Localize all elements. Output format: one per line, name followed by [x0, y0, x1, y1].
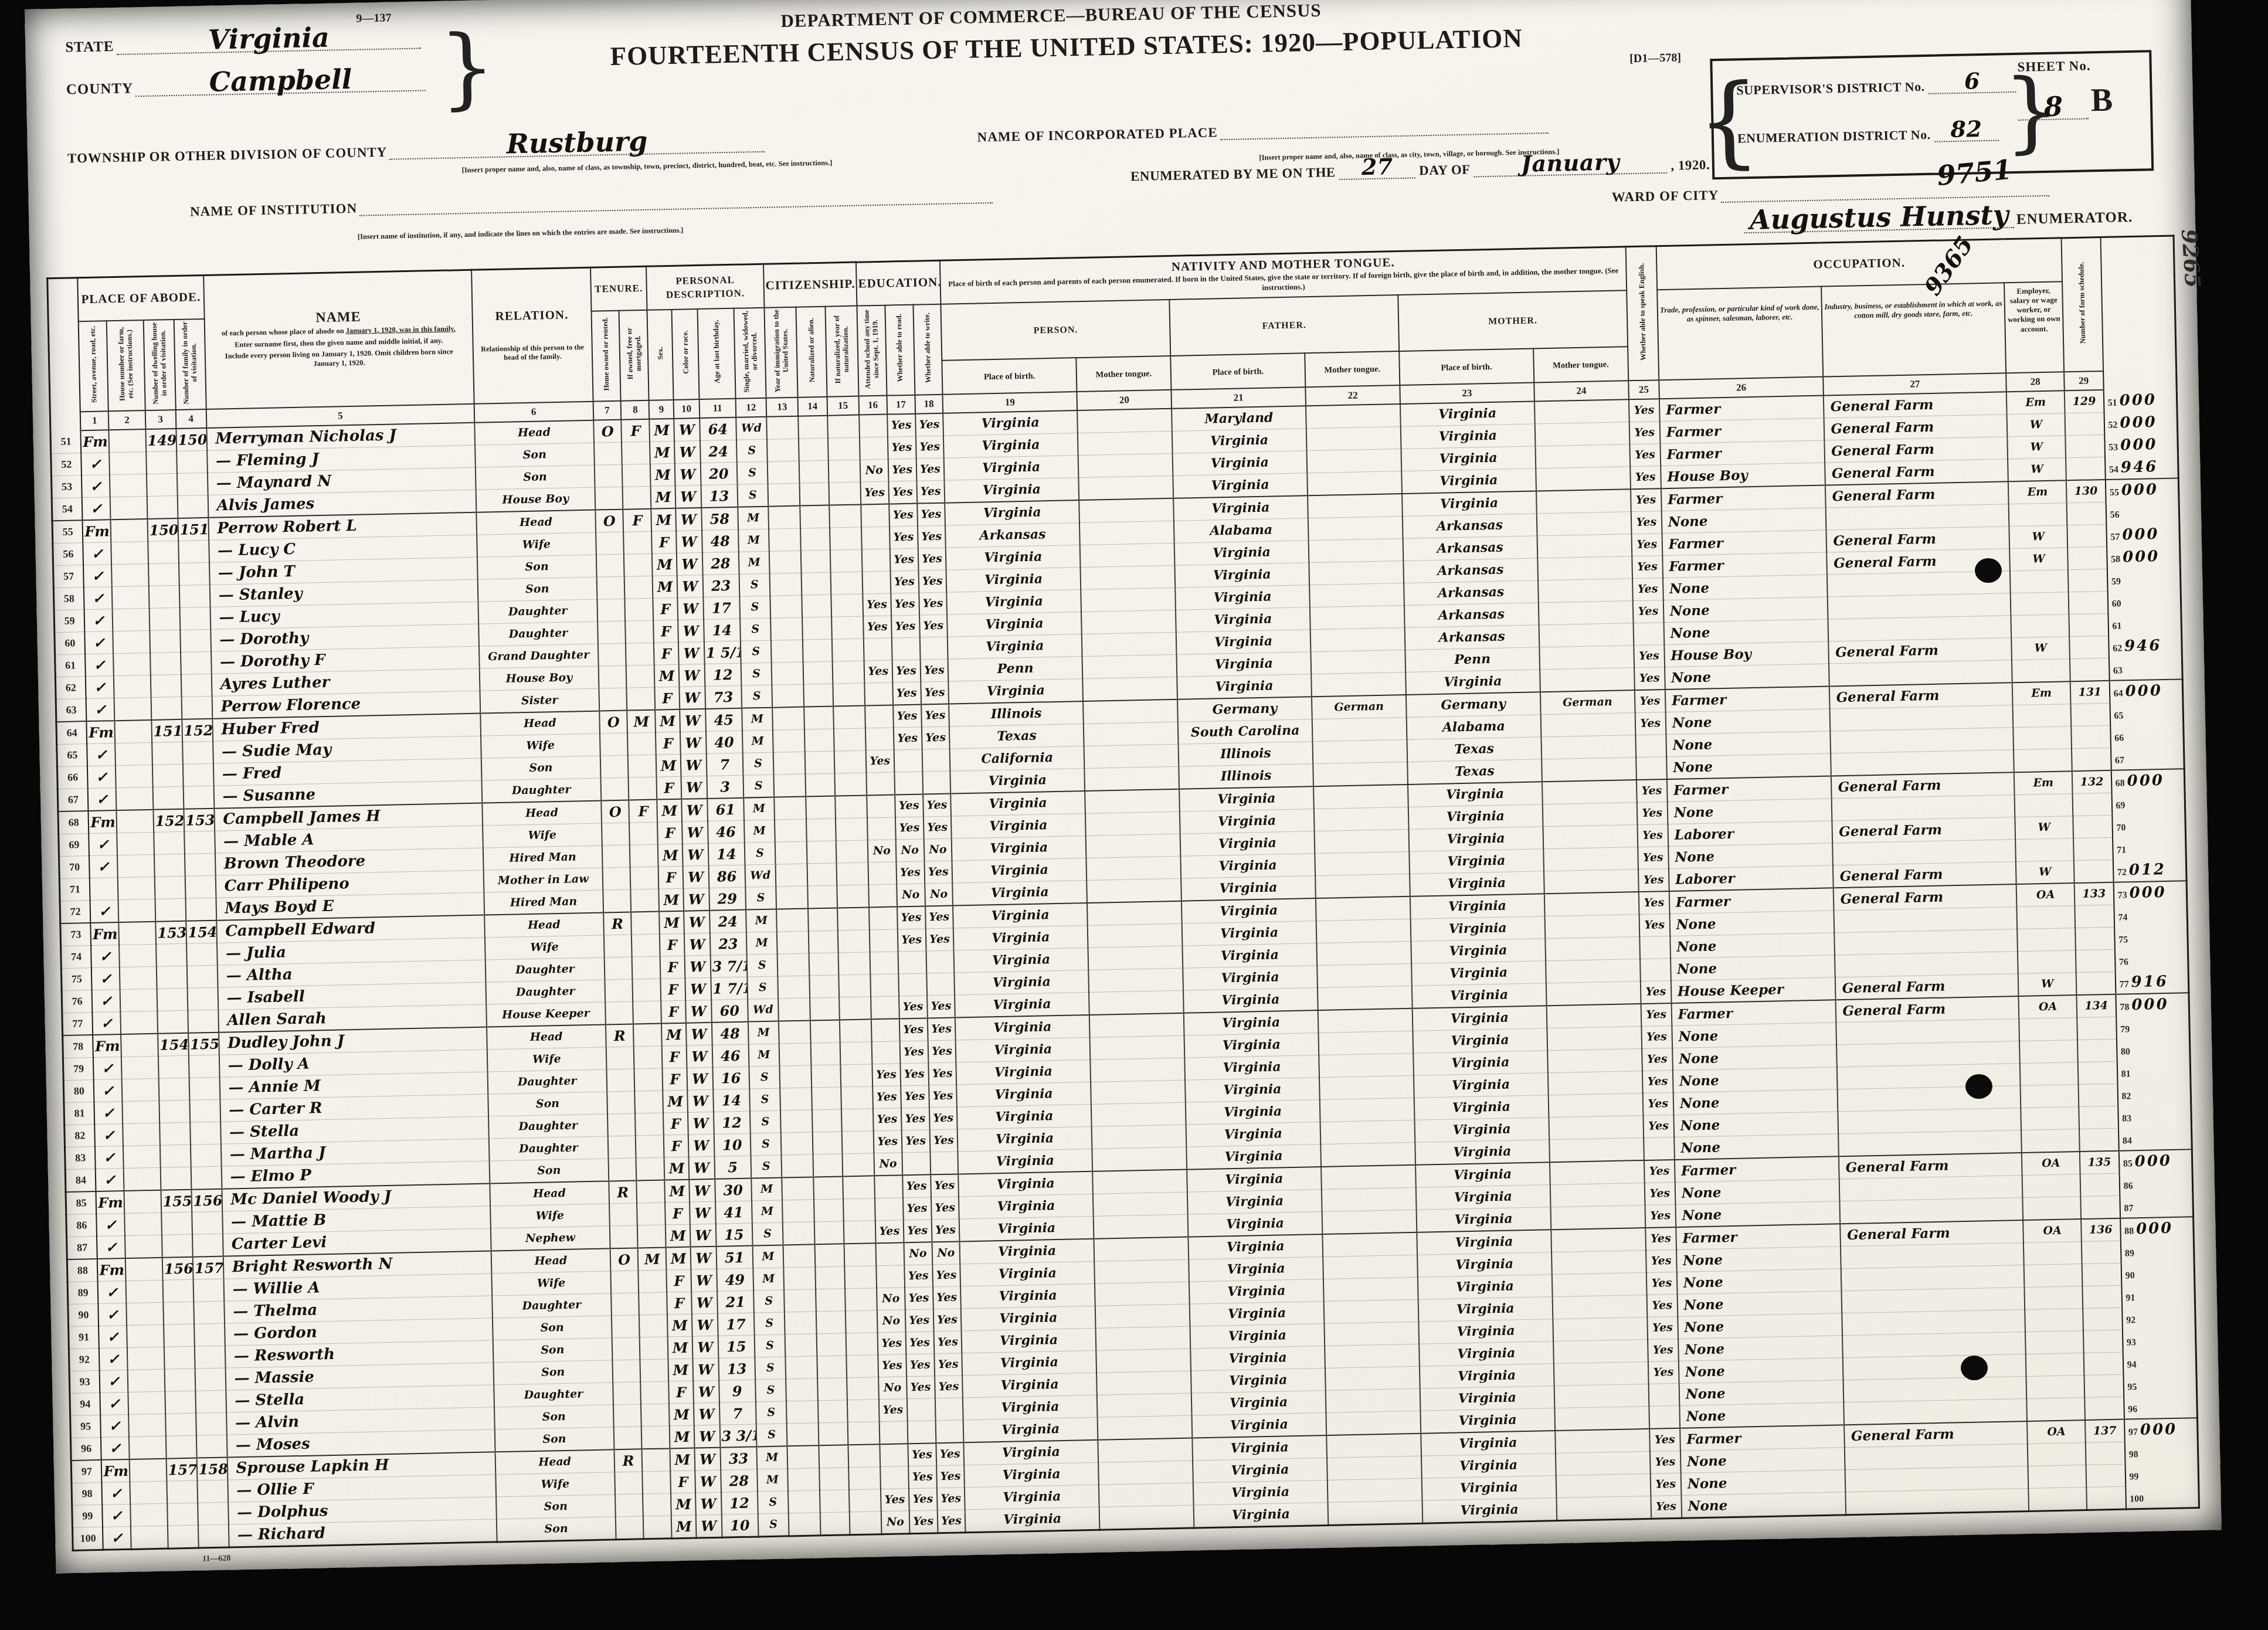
- cell-family_number: 158: [196, 1457, 228, 1480]
- cell-father_mother_tongue: [1327, 1478, 1422, 1502]
- cell-attended_school: [864, 638, 892, 661]
- cell-year_of_naturalization: [836, 817, 868, 840]
- cell-color: W: [674, 440, 700, 463]
- cell-father_birthplace: Virginia: [1190, 1323, 1325, 1349]
- cell-line: 55: [52, 520, 83, 544]
- cell-able_to_read: Yes: [899, 995, 928, 1018]
- cell-home_owned_or_rented: O: [610, 1248, 639, 1271]
- district-box: { SUPERVISOR'S DISTRICT No. 6 ENUMERATIO…: [1710, 50, 2154, 179]
- cell-line: 88: [67, 1258, 98, 1282]
- cell-father_mother_tongue: [1318, 1031, 1413, 1055]
- cell-marital_status: S: [745, 887, 776, 910]
- cell-speaks_english: Yes: [1637, 779, 1668, 803]
- cell-mother_birthplace: Alabama: [1407, 714, 1541, 739]
- cell-line: 59: [54, 609, 85, 632]
- cell-father_birthplace: Virginia: [1173, 450, 1307, 476]
- cell-relation: Son: [490, 1158, 609, 1183]
- cell-year_of_naturalization: [840, 1019, 872, 1042]
- cell-year_of_naturalization: [836, 840, 868, 862]
- cell-attended_school: [875, 1242, 904, 1265]
- cell-color: W: [683, 888, 709, 911]
- cell-trade: None: [1677, 1291, 1842, 1316]
- cell-person_mother_tongue: [1096, 1326, 1191, 1350]
- cell-able_to_write: Yes: [933, 1330, 962, 1353]
- punch-hole: [1961, 1356, 1988, 1380]
- cell-employment_class: OA: [2022, 1152, 2080, 1175]
- cell-trade: None: [1675, 1179, 1839, 1204]
- cell-year_of_naturalization: [830, 549, 863, 572]
- cell-naturalized_or_alien: [802, 617, 832, 640]
- cell-able_to_write: Yes: [923, 816, 952, 839]
- cell-employment_class: W: [2009, 547, 2068, 570]
- cell-relation: Head: [495, 1449, 614, 1475]
- cell-age: 60: [711, 999, 748, 1023]
- cell-able_to_write: Yes: [916, 480, 945, 503]
- cell-farm_schedule: [2073, 837, 2113, 860]
- cell-father_mother_tongue: [1320, 1098, 1415, 1122]
- cell-home_owned_or_rented: [610, 1225, 639, 1248]
- cell-naturalized_or_alien: [810, 1020, 840, 1042]
- cell-relation: Son: [493, 1360, 612, 1384]
- cell-color: W: [687, 1045, 712, 1068]
- cell-street: ✓: [94, 1079, 123, 1102]
- cell-margin_note: 74: [2114, 903, 2188, 927]
- cell-mother_birthplace: Virginia: [1417, 1252, 1551, 1277]
- cell-speaks_english: Yes: [1629, 421, 1660, 444]
- cell-house_number: [131, 1526, 168, 1549]
- cell-father_mother_tongue: [1315, 874, 1410, 898]
- cell-margin_note: 78000: [2116, 993, 2189, 1017]
- cell-home_owned_or_rented: [606, 1068, 635, 1091]
- margin-annotation: [2137, 1265, 2137, 1282]
- cell-attended_school: [880, 1466, 909, 1489]
- margin-annotation: 000: [2120, 413, 2157, 432]
- cell-father_mother_tongue: [1323, 1255, 1418, 1279]
- cell-trade: Farmer: [1662, 552, 1827, 578]
- cell-year_of_immigration: [773, 752, 806, 775]
- cell-year_of_immigration: [776, 908, 809, 932]
- cell-farm_schedule: [2080, 1196, 2120, 1219]
- margin-annotation: [2135, 1197, 2136, 1215]
- cell-year_of_immigration: [767, 439, 799, 461]
- cell-farm_schedule: [2071, 703, 2110, 726]
- cell-person_birthplace: Virginia: [948, 634, 1082, 659]
- cell-marital_status: S: [755, 1334, 786, 1357]
- cell-father_birthplace: Virginia: [1174, 540, 1309, 565]
- cell-owned_free_or_mortgaged: [639, 1292, 668, 1315]
- cell-owned_free_or_mortgaged: [642, 1448, 671, 1471]
- margin-line-number: 54: [2109, 464, 2118, 474]
- cell-relation: Daughter: [487, 1069, 606, 1094]
- cell-color: W: [680, 708, 705, 731]
- cell-house_number: [120, 989, 157, 1011]
- cell-street: ✓: [99, 1347, 128, 1370]
- column-attended-school: Attended school any time since Sept. 1, …: [857, 305, 887, 396]
- cell-father_birthplace: Virginia: [1194, 1502, 1328, 1528]
- cell-family_number: [196, 1412, 227, 1435]
- margin-line-number: 52: [2108, 420, 2117, 430]
- cell-street: Fm: [96, 1190, 125, 1213]
- sheet-area: SHEET No. 8 B: [2017, 57, 2144, 120]
- cell-margin_note: 92: [2122, 1306, 2196, 1330]
- cell-mother_mother_tongue: [1551, 1250, 1646, 1274]
- cell-owned_free_or_mortgaged: [630, 822, 658, 845]
- cell-family_number: [198, 1524, 229, 1548]
- cell-street: ✓: [85, 631, 114, 654]
- cell-farm_schedule: [2083, 1308, 2122, 1330]
- cell-family_number: [181, 651, 212, 674]
- cell-trade: None: [1671, 955, 1835, 980]
- cell-marital_status: S: [743, 752, 774, 775]
- column-number: 13: [766, 397, 798, 416]
- cell-farm_schedule: [2077, 1017, 2116, 1040]
- cell-marital_status: S: [756, 1423, 787, 1446]
- cell-attended_school: Yes: [863, 593, 891, 616]
- cell-house_number: [130, 1481, 167, 1504]
- cell-able_to_write: Yes: [932, 1264, 961, 1286]
- cell-age: 12: [714, 1111, 751, 1134]
- cell-industry: General Farm: [1824, 392, 2007, 418]
- cell-person_mother_tongue: [1094, 1214, 1189, 1239]
- cell-home_owned_or_rented: [609, 1203, 638, 1225]
- cell-relation: Mother in Law: [484, 868, 603, 892]
- margin-line-number: 53: [2109, 442, 2118, 452]
- cell-speaks_english: [1640, 958, 1671, 981]
- cell-naturalized_or_alien: [807, 841, 837, 864]
- group-education: EDUCATION.: [856, 260, 941, 305]
- supervisor-label: SUPERVISOR'S DISTRICT No.: [1736, 79, 1925, 97]
- code-tag: [D1—578]: [1629, 51, 1681, 66]
- cell-color: W: [679, 664, 705, 687]
- cell-industry: [1830, 705, 2014, 731]
- cell-employment_class: W: [2016, 860, 2075, 884]
- cell-trade: None: [1677, 1268, 1842, 1294]
- cell-marital_status: M: [751, 1177, 782, 1201]
- cell-margin_note: 58000: [2107, 545, 2181, 569]
- cell-street: ✓: [91, 945, 120, 967]
- cell-employment_class: Em: [2012, 681, 2071, 705]
- cell-attended_school: [871, 996, 899, 1018]
- cell-mother_birthplace: Texas: [1407, 736, 1541, 762]
- cell-color: W: [686, 1022, 712, 1045]
- cell-home_owned_or_rented: [602, 867, 631, 890]
- cell-owned_free_or_mortgaged: [635, 1091, 664, 1113]
- cell-father_birthplace: Virginia: [1186, 1122, 1320, 1147]
- margin-annotation: 946: [2121, 458, 2158, 476]
- cell-street: ✓: [95, 1146, 124, 1169]
- margin-line-number: 63: [2113, 665, 2123, 675]
- cell-sex: M: [668, 1359, 693, 1381]
- cell-person_mother_tongue: [1096, 1371, 1191, 1395]
- cell-mother_mother_tongue: [1543, 847, 1638, 871]
- column-number: 15: [827, 396, 859, 415]
- cell-mother_birthplace: Virginia: [1408, 804, 1543, 829]
- cell-father_birthplace: Virginia: [1180, 831, 1315, 856]
- cell-relation: House Boy: [476, 487, 595, 512]
- cell-relation: Head: [487, 1024, 606, 1050]
- margin-annotation: 012: [2128, 861, 2166, 879]
- cell-person_mother_tongue: [1079, 521, 1174, 545]
- cell-color: W: [694, 1447, 720, 1470]
- cell-color: W: [678, 641, 704, 664]
- cell-able_to_read: Yes: [897, 928, 926, 951]
- margin-line-number: 75: [2118, 935, 2128, 945]
- cell-line: 72: [60, 900, 91, 923]
- cell-dwelling_number: [165, 1413, 196, 1436]
- cell-margin_note: 54946: [2105, 455, 2179, 479]
- cell-dwelling_number: 156: [162, 1257, 193, 1280]
- margin-annotation: [2133, 1041, 2133, 1058]
- cell-owned_free_or_mortgaged: [643, 1471, 671, 1493]
- column-number: 16: [858, 395, 887, 415]
- subgroup-mother: MOTHER.: [1398, 290, 1628, 351]
- margin-line-number: 88: [2124, 1226, 2134, 1236]
- cell-mother_birthplace: Virginia: [1411, 960, 1546, 986]
- cell-naturalized_or_alien: [819, 1467, 849, 1490]
- cell-street: ✓: [95, 1123, 124, 1146]
- cell-speaks_english: [1633, 622, 1664, 645]
- cell-mother_mother_tongue: [1555, 1428, 1650, 1453]
- margin-line-number: 56: [2110, 510, 2119, 519]
- cell-family_number: [195, 1390, 226, 1413]
- cell-mother_birthplace: Virginia: [1411, 916, 1545, 941]
- cell-line: 80: [63, 1079, 94, 1102]
- cell-street: ✓: [100, 1370, 128, 1393]
- margin-line-number: 94: [2127, 1360, 2137, 1370]
- cell-color: W: [690, 1246, 716, 1269]
- margin-line-number: 64: [2114, 689, 2123, 699]
- cell-margin_note: 66: [2110, 724, 2184, 748]
- cell-mother_birthplace: Virginia: [1421, 1431, 1555, 1456]
- cell-line: 76: [62, 990, 93, 1013]
- cell-person_birthplace: Virginia: [959, 1194, 1093, 1219]
- cell-trade: None: [1666, 731, 1831, 756]
- cell-home_owned_or_rented: [612, 1359, 641, 1382]
- cell-mother_mother_tongue: [1542, 757, 1637, 782]
- cell-attended_school: [859, 414, 888, 437]
- ward-margin-note: 9751: [1936, 154, 2013, 192]
- cell-family_number: [177, 473, 208, 495]
- cell-father_birthplace: Virginia: [1180, 809, 1314, 834]
- cell-dwelling_number: [163, 1302, 194, 1325]
- cell-person_mother_tongue: [1088, 946, 1183, 970]
- cell-dwelling_number: 153: [155, 921, 186, 944]
- cell-year_of_immigration: [779, 1065, 812, 1088]
- cell-able_to_write: No: [925, 883, 953, 906]
- cell-margin_note: 100: [2126, 1485, 2199, 1509]
- margin-line-number: 89: [2125, 1248, 2134, 1258]
- cell-mother_birthplace: Virginia: [1409, 848, 1543, 874]
- cell-family_number: [179, 585, 210, 607]
- margin-line-number: 76: [2119, 957, 2128, 967]
- cell-year_of_naturalization: [843, 1176, 875, 1199]
- cell-marital_status: S: [758, 1490, 789, 1513]
- cell-home_owned_or_rented: [615, 1516, 644, 1539]
- cell-line: 82: [64, 1124, 96, 1147]
- cell-dwelling_number: [165, 1391, 196, 1414]
- cell-person_birthplace: Virginia: [955, 970, 1089, 995]
- cell-margin_note: 61: [2108, 612, 2182, 636]
- cell-able_to_read: [902, 1152, 931, 1174]
- cell-margin_note: 53000: [2104, 433, 2178, 457]
- cell-dwelling_number: 157: [166, 1458, 197, 1481]
- column-number: 10: [673, 399, 699, 419]
- ward-label: WARD OF CITY: [1612, 188, 1719, 205]
- cell-house_number: [110, 474, 147, 497]
- cell-farm_schedule: [2083, 1330, 2123, 1353]
- cell-farm_schedule: [2073, 793, 2112, 816]
- cell-mother_mother_tongue: [1543, 824, 1638, 848]
- cell-house_number: [127, 1302, 164, 1325]
- cell-owned_free_or_mortgaged: [624, 576, 653, 599]
- margin-line-number: 65: [2114, 711, 2123, 721]
- cell-home_owned_or_rented: O: [601, 800, 630, 823]
- cell-family_number: [192, 1211, 223, 1234]
- cell-able_to_read: Yes: [896, 861, 925, 884]
- cell-father_mother_tongue: [1327, 1456, 1422, 1480]
- cell-industry: [1831, 749, 2014, 776]
- column-number: 11: [699, 398, 736, 417]
- cell-mother_birthplace: Virginia: [1401, 423, 1535, 449]
- cell-family_number: [188, 1055, 219, 1078]
- cell-father_mother_tongue: [1315, 851, 1410, 875]
- cell-margin_note: 94: [2123, 1350, 2196, 1374]
- cell-father_mother_tongue: [1322, 1187, 1417, 1211]
- cell-sex: M: [667, 1314, 692, 1337]
- cell-year_of_immigration: [766, 416, 799, 439]
- cell-family_number: [192, 1234, 223, 1257]
- cell-able_to_write: Yes: [915, 436, 944, 459]
- cell-able_to_write: Yes: [916, 458, 945, 481]
- cell-attended_school: [866, 772, 895, 794]
- cell-attended_school: [865, 728, 894, 751]
- cell-father_mother_tongue: [1309, 561, 1404, 585]
- cell-owned_free_or_mortgaged: [643, 1515, 672, 1539]
- cell-sex: M: [654, 664, 679, 687]
- cell-mother_mother_tongue: [1553, 1339, 1648, 1363]
- cell-family_number: [178, 540, 209, 563]
- cell-father_birthplace: Virginia: [1191, 1368, 1325, 1393]
- cell-family_number: [189, 1099, 220, 1122]
- cell-mother_birthplace: Virginia: [1408, 782, 1542, 807]
- cell-employment_class: Em: [2014, 771, 2073, 794]
- cell-dwelling_number: [167, 1503, 198, 1526]
- cell-mother_mother_tongue: [1548, 1071, 1643, 1095]
- cell-person_birthplace: Virginia: [961, 1306, 1095, 1331]
- cell-attended_school: Yes: [879, 1398, 908, 1421]
- cell-able_to_write: [926, 973, 955, 996]
- cell-home_owned_or_rented: [604, 957, 633, 980]
- cell-mother_birthplace: Virginia: [1422, 1475, 1556, 1500]
- cell-trade: Farmer: [1662, 530, 1826, 556]
- cell-relation: Son: [495, 1427, 614, 1452]
- cell-house_number: [114, 675, 151, 698]
- incorporated-line: NAME OF INCORPORATED PLACE: [977, 118, 1548, 145]
- cell-speaks_english: Yes: [1629, 443, 1661, 466]
- cell-industry: General Farm: [1834, 884, 2017, 911]
- cell-year_of_naturalization: [846, 1332, 878, 1355]
- cell-margin_note: 75: [2114, 925, 2188, 949]
- margin-annotation: [2133, 1085, 2134, 1103]
- cell-able_to_read: [898, 950, 926, 973]
- supervisor-value: 6: [1964, 67, 1980, 94]
- column-immigration-year: Year of immigration to the United States…: [764, 307, 797, 398]
- margin-annotation: 000: [2120, 436, 2158, 454]
- cell-able_to_write: Yes: [924, 861, 953, 884]
- state-line: STATE Virginia: [65, 25, 422, 56]
- cell-naturalized_or_alien: [819, 1422, 848, 1445]
- cell-industry: General Farm: [1841, 1220, 2024, 1247]
- column-number: 18: [915, 394, 943, 413]
- cell-person_birthplace: Virginia: [963, 1395, 1097, 1420]
- cell-trade: None: [1670, 932, 1835, 958]
- cell-home_owned_or_rented: [613, 1381, 641, 1404]
- cell-color: W: [677, 575, 702, 597]
- cell-mother_mother_tongue: [1542, 780, 1637, 804]
- cell-employment_class: [2028, 1465, 2087, 1488]
- cell-margin_note: 98: [2124, 1440, 2198, 1464]
- cell-home_owned_or_rented: [599, 688, 627, 711]
- cell-owned_free_or_mortgaged: [637, 1202, 666, 1225]
- cell-able_to_read: Yes: [897, 906, 926, 929]
- cell-mother_birthplace: Virginia: [1411, 938, 1545, 963]
- margin-annotation: 000: [2123, 548, 2160, 566]
- margin-annotation: [2132, 1018, 2133, 1036]
- cell-father_birthplace: Virginia: [1191, 1390, 1326, 1415]
- cell-age: 1 7/12: [711, 977, 748, 1000]
- cell-marital_status: S: [749, 1066, 780, 1089]
- cell-year_of_naturalization: [840, 1041, 872, 1064]
- cell-owned_free_or_mortgaged: [641, 1403, 670, 1426]
- cell-able_to_write: Yes: [931, 1196, 959, 1219]
- cell-mother_mother_tongue: [1549, 1115, 1644, 1139]
- margin-annotation: [2135, 1175, 2135, 1193]
- cell-color: W: [689, 1179, 715, 1201]
- cell-house_number: [113, 608, 150, 631]
- margin-line-number: 98: [2129, 1449, 2138, 1459]
- cell-family_number: [183, 786, 214, 809]
- cell-street: ✓: [93, 1011, 121, 1034]
- column-number: 6: [474, 401, 593, 422]
- cell-family_number: [196, 1435, 227, 1458]
- cell-relation: Son: [478, 577, 597, 602]
- cell-speaks_english: Yes: [1635, 690, 1666, 713]
- cell-house_number: [113, 653, 150, 675]
- cell-industry: [1846, 1488, 2029, 1514]
- cell-industry: [1842, 1287, 2025, 1313]
- cell-street: ✓: [92, 989, 121, 1012]
- cell-line: 64: [56, 721, 87, 745]
- cell-speaks_english: Yes: [1642, 1048, 1673, 1071]
- cell-industry: [1835, 951, 2018, 977]
- cell-house_number: [110, 496, 147, 519]
- county-value: Campbell: [209, 63, 352, 98]
- margin-annotation: [2126, 727, 2127, 745]
- cell-farm_schedule: [2075, 927, 2114, 950]
- cell-industry: [1842, 1309, 2026, 1335]
- cell-house_number: [128, 1391, 165, 1414]
- cell-home_owned_or_rented: O: [595, 509, 624, 532]
- cell-age: 61: [707, 797, 744, 821]
- cell-color: W: [680, 731, 706, 754]
- county-line: COUNTY Campbell: [66, 67, 426, 98]
- cell-color: W: [678, 619, 704, 642]
- cell-industry: General Farm: [1832, 817, 2016, 843]
- column-marital: Single, married, widowed, or divorced.: [734, 307, 766, 398]
- cell-naturalized_or_alien: [817, 1333, 847, 1356]
- cell-person_birthplace: Virginia: [953, 902, 1087, 928]
- cell-marital_status: S: [749, 1088, 780, 1111]
